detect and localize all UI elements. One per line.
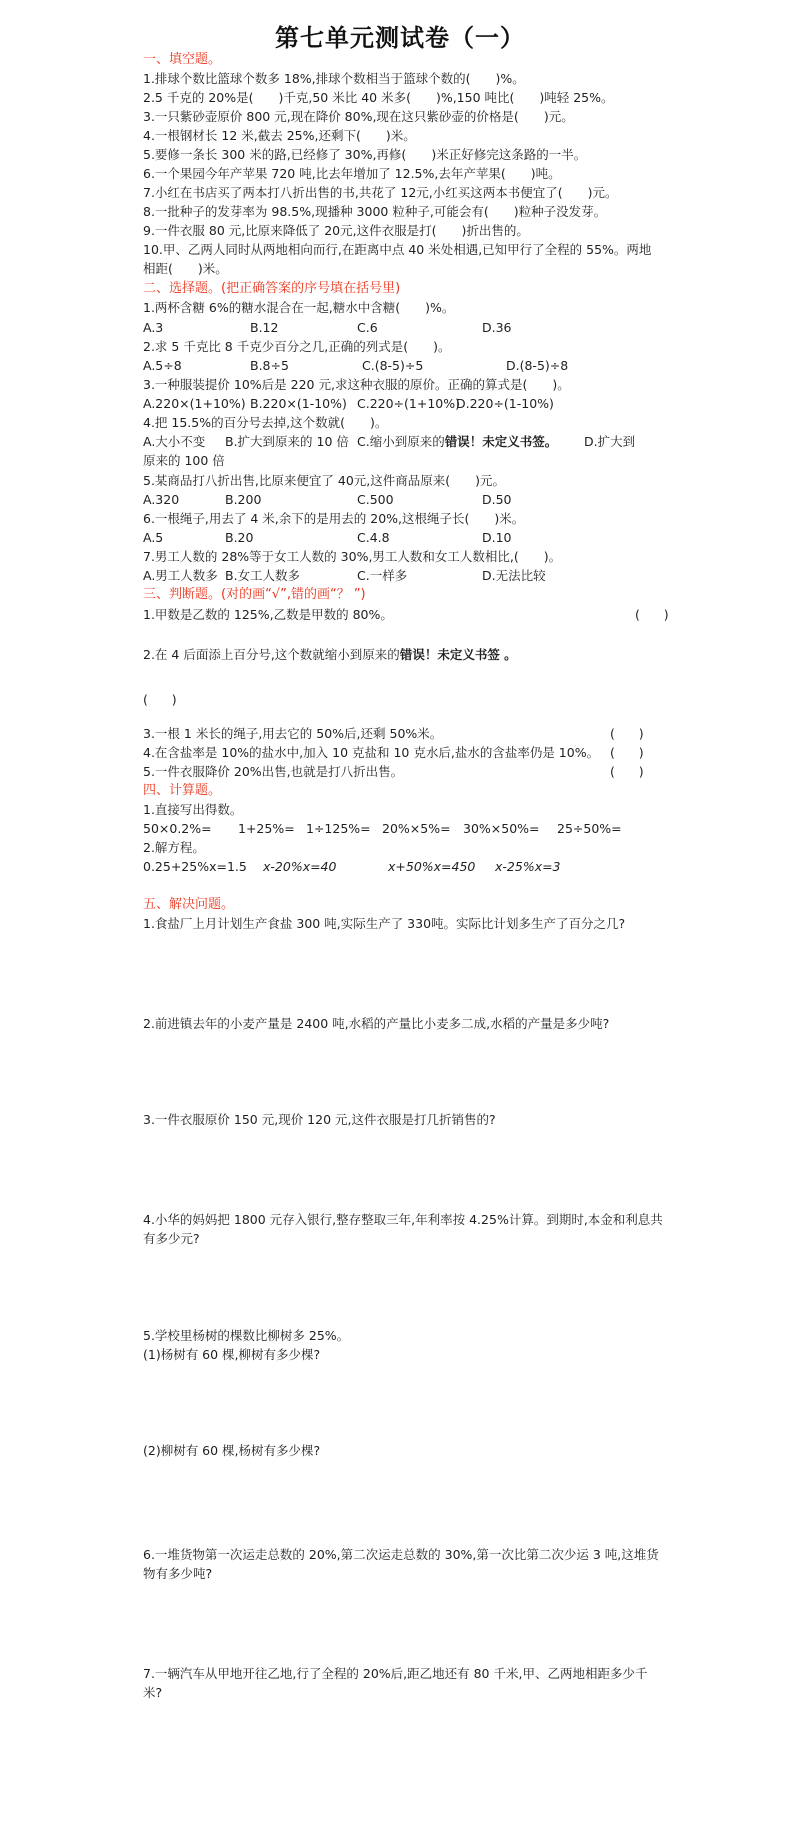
bookmark-error-text: 错误！未定义书签。: [445, 434, 558, 449]
calc-subheading-equation: 2.解方程。: [143, 838, 205, 857]
choice-question: 5.某商品打八折出售,比原来便宜了 40元,这件商品原来( )元。: [143, 471, 505, 490]
direct-calc-item: 50×0.2%=: [143, 819, 212, 838]
solve-item: 5.学校里杨树的棵数比柳树多 25%。: [143, 1326, 349, 1345]
fill-item: 5.要修一条长 300 米的路,已经修了 30%,再修( )米正好修完这条路的一…: [143, 145, 586, 164]
choice-option-a: A.5: [143, 528, 163, 547]
answer-paren: ( ): [610, 743, 644, 762]
judge-item: 2.在 4 后面添上百分号,这个数就缩小到原来的错误！未定义书签 。: [143, 645, 517, 664]
solve-item-continued: 物有多少吨?: [143, 1564, 212, 1583]
choice-option-b: B.220×(1-10%): [250, 394, 347, 413]
fill-item: 8.一批种子的发芽率为 98.5%,现播种 3000 粒种子,可能会有( )粒种…: [143, 202, 606, 221]
choice-option-b: B.女工人数多: [225, 566, 300, 585]
fill-item: 3.一只紫砂壶原价 800 元,现在降价 80%,现在这只紫砂壶的价格是( )元…: [143, 107, 574, 126]
choice-option-b: B.扩大到原来的 10 倍: [225, 432, 349, 451]
direct-calc-item: 25÷50%=: [557, 819, 622, 838]
solve-item-continued: 米?: [143, 1683, 162, 1702]
choice-option-a: A.大小不变: [143, 432, 205, 451]
bookmark-error-suffix: 。: [500, 647, 517, 662]
fill-item-continued: 相距( )米。: [143, 259, 228, 278]
equation-item: 0.25+25%x=1.5: [143, 857, 247, 876]
section-heading-judge: 三、判断题。(对的画“√”,错的画“？ ”): [143, 585, 366, 604]
bookmark-error-text: 错误！未定义书签: [400, 647, 500, 662]
solve-item: 7.一辆汽车从甲地开往乙地,行了全程的 20%后,距乙地还有 80 千米,甲、乙…: [143, 1664, 647, 1683]
choice-option-c: C.(8-5)÷5: [362, 356, 423, 375]
choice-option-b: B.20: [225, 528, 253, 547]
solve-item: 6.一堆货物第一次运走总数的 20%,第二次运走总数的 30%,第一次比第二次少…: [143, 1545, 659, 1564]
section-heading-fill: 一、填空题。: [143, 50, 221, 69]
judge-item: 5.一件衣服降价 20%出售,也就是打八折出售。: [143, 762, 403, 781]
equation-item: x+50%x=450: [388, 857, 475, 876]
direct-calc-item: 1÷125%=: [306, 819, 371, 838]
choice-option-d: D.无法比较: [482, 566, 546, 585]
direct-calc-item: 30%×50%=: [463, 819, 540, 838]
choice-option-c: C.6: [357, 318, 378, 337]
section-heading-choice: 二、选择题。(把正确答案的序号填在括号里): [143, 279, 400, 298]
choice-option-a: A.男工人数多: [143, 566, 218, 585]
fill-item: 6.一个果园今年产苹果 720 吨,比去年增加了 12.5%,去年产苹果( )吨…: [143, 164, 561, 183]
answer-paren: ( ): [610, 724, 644, 743]
choice-option-c: C.缩小到原来的错误！未定义书签。: [357, 432, 557, 451]
choice-option-b: B.8÷5: [250, 356, 289, 375]
choice-question: 3.一种服装提价 10%后是 220 元,求这种衣服的原价。正确的算式是( )。: [143, 375, 570, 394]
calc-subheading-direct: 1.直接写出得数。: [143, 800, 242, 819]
solve-subitem: (2)柳树有 60 棵,杨树有多少棵?: [143, 1441, 320, 1460]
choice-question: 2.求 5 千克比 8 千克少百分之几,正确的列式是( )。: [143, 337, 450, 356]
choice-question: 6.一根绳子,用去了 4 米,余下的是用去的 20%,这根绳子长( )米。: [143, 509, 524, 528]
choice-option-d: D.36: [482, 318, 512, 337]
judge-item-text: 2.在 4 后面添上百分号,这个数就缩小到原来的: [143, 647, 400, 662]
choice-option-c: C.500: [357, 490, 394, 509]
fill-item: 10.甲、乙两人同时从两地相向而行,在距离中点 40 米处相遇,已知甲行了全程的…: [143, 240, 651, 259]
choice-question: 4.把 15.5%的百分号去掉,这个数就( )。: [143, 413, 387, 432]
choice-option-a: A.3: [143, 318, 163, 337]
choice-option-c-text: C.缩小到原来的: [357, 434, 445, 449]
exam-page: 第七单元测试卷（一） 一、填空题。 1.排球个数比篮球个数多 18%,排球个数相…: [0, 0, 800, 1824]
choice-option-c: C.4.8: [357, 528, 390, 547]
equation-item: x-25%x=3: [495, 857, 561, 876]
answer-paren: ( ): [635, 605, 669, 624]
fill-item: 9.一件衣服 80 元,比原来降低了 20元,这件衣服是打( )折出售的。: [143, 221, 529, 240]
choice-option-d-continued: 原来的 100 倍: [143, 451, 225, 470]
choice-option-a: A.220×(1+10%): [143, 394, 246, 413]
choice-question: 1.两杯含糖 6%的糖水混合在一起,糖水中含糖( )%。: [143, 298, 454, 317]
judge-item: 4.在含盐率是 10%的盐水中,加入 10 克盐和 10 克水后,盐水的含盐率仍…: [143, 743, 599, 762]
choice-option-c: C.220÷(1+10%): [357, 394, 460, 413]
solve-item-continued: 有多少元?: [143, 1229, 200, 1248]
fill-item: 1.排球个数比篮球个数多 18%,排球个数相当于篮球个数的( )%。: [143, 69, 525, 88]
equation-item: x-20%x=40: [263, 857, 336, 876]
choice-option-d: D.10: [482, 528, 512, 547]
solve-item: 4.小华的妈妈把 1800 元存入银行,整存整取三年,年利率按 4.25%计算。…: [143, 1210, 663, 1229]
choice-question: 7.男工人数的 28%等于女工人数的 30%,男工人数和女工人数相比,( )。: [143, 547, 561, 566]
choice-option-d: D.(8-5)÷8: [506, 356, 568, 375]
choice-option-d: D.50: [482, 490, 512, 509]
fill-item: 4.一根钢材长 12 米,截去 25%,还剩下( )米。: [143, 126, 416, 145]
section-heading-solve: 五、解决问题。: [143, 895, 234, 914]
solve-item: 2.前进镇去年的小麦产量是 2400 吨,水稻的产量比小麦多二成,水稻的产量是多…: [143, 1014, 609, 1033]
solve-subitem: (1)杨树有 60 棵,柳树有多少棵?: [143, 1345, 320, 1364]
choice-option-b: B.12: [250, 318, 278, 337]
choice-option-a: A.5÷8: [143, 356, 182, 375]
page-title: 第七单元测试卷（一）: [0, 18, 800, 53]
choice-option-d: D.220÷(1-10%): [456, 394, 554, 413]
choice-option-d: D.扩大到: [584, 432, 635, 451]
choice-option-a: A.320: [143, 490, 179, 509]
fill-item: 2.5 千克的 20%是( )千克,50 米比 40 米多( )%,150 吨比…: [143, 88, 614, 107]
judge-item: 3.一根 1 米长的绳子,用去它的 50%后,还剩 50%米。: [143, 724, 442, 743]
section-heading-calc: 四、计算题。: [143, 781, 221, 800]
fill-item: 7.小红在书店买了两本打八折出售的书,共花了 12元,小红买这两本书便宜了( )…: [143, 183, 618, 202]
direct-calc-item: 1+25%=: [238, 819, 295, 838]
answer-paren: ( ): [610, 762, 644, 781]
choice-option-c: C.一样多: [357, 566, 407, 585]
answer-paren: ( ): [143, 690, 177, 709]
direct-calc-item: 20%×5%=: [382, 819, 451, 838]
choice-option-b: B.200: [225, 490, 261, 509]
judge-item: 1.甲数是乙数的 125%,乙数是甲数的 80%。: [143, 605, 393, 624]
solve-item: 3.一件衣服原价 150 元,现价 120 元,这件衣服是打几折销售的?: [143, 1110, 496, 1129]
solve-item: 1.食盐厂上月计划生产食盐 300 吨,实际生产了 330吨。实际比计划多生产了…: [143, 914, 625, 933]
